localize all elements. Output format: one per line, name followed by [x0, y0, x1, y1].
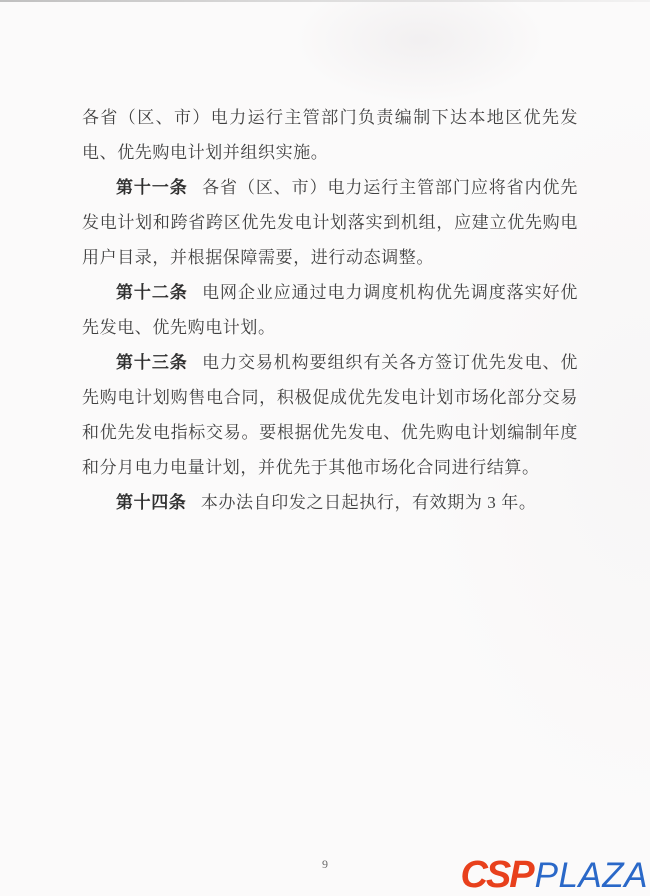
paragraph: 第十四条本办法自印发之日起执行，有效期为 3 年。	[82, 485, 578, 520]
article-heading: 第十一条	[116, 178, 188, 197]
article-heading: 第十四条	[116, 493, 186, 512]
article-heading: 第十二条	[116, 283, 188, 302]
article-text: 本办法自印发之日起执行，有效期为 3 年。	[201, 493, 537, 512]
csp-plaza-logo: CSPPLAZA	[460, 856, 648, 894]
document-page: 各省（区、市）电力运行主管部门负责编制下达本地区优先发电、优先购电计划并组织实施…	[82, 100, 578, 520]
logo-plaza-text: PLAZA	[535, 856, 648, 895]
scan-edge-artifact	[0, 0, 650, 2]
paragraph: 第十三条电力交易机构要组织有关各方签订优先发电、优先购电计划购售电合同，积极促成…	[82, 345, 578, 485]
logo-csp-text: CSP	[460, 854, 532, 896]
article-text: 各省（区、市）电力运行主管部门负责编制下达本地区优先发电、优先购电计划并组织实施…	[82, 108, 578, 162]
paragraph: 第十二条电网企业应通过电力调度机构优先调度落实好优先发电、优先购电计划。	[82, 275, 578, 345]
article-heading: 第十三条	[116, 353, 188, 372]
paragraph: 第十一条各省（区、市）电力运行主管部门应将省内优先发电计划和跨省跨区优先发电计划…	[82, 170, 578, 275]
paragraph: 各省（区、市）电力运行主管部门负责编制下达本地区优先发电、优先购电计划并组织实施…	[82, 100, 578, 170]
